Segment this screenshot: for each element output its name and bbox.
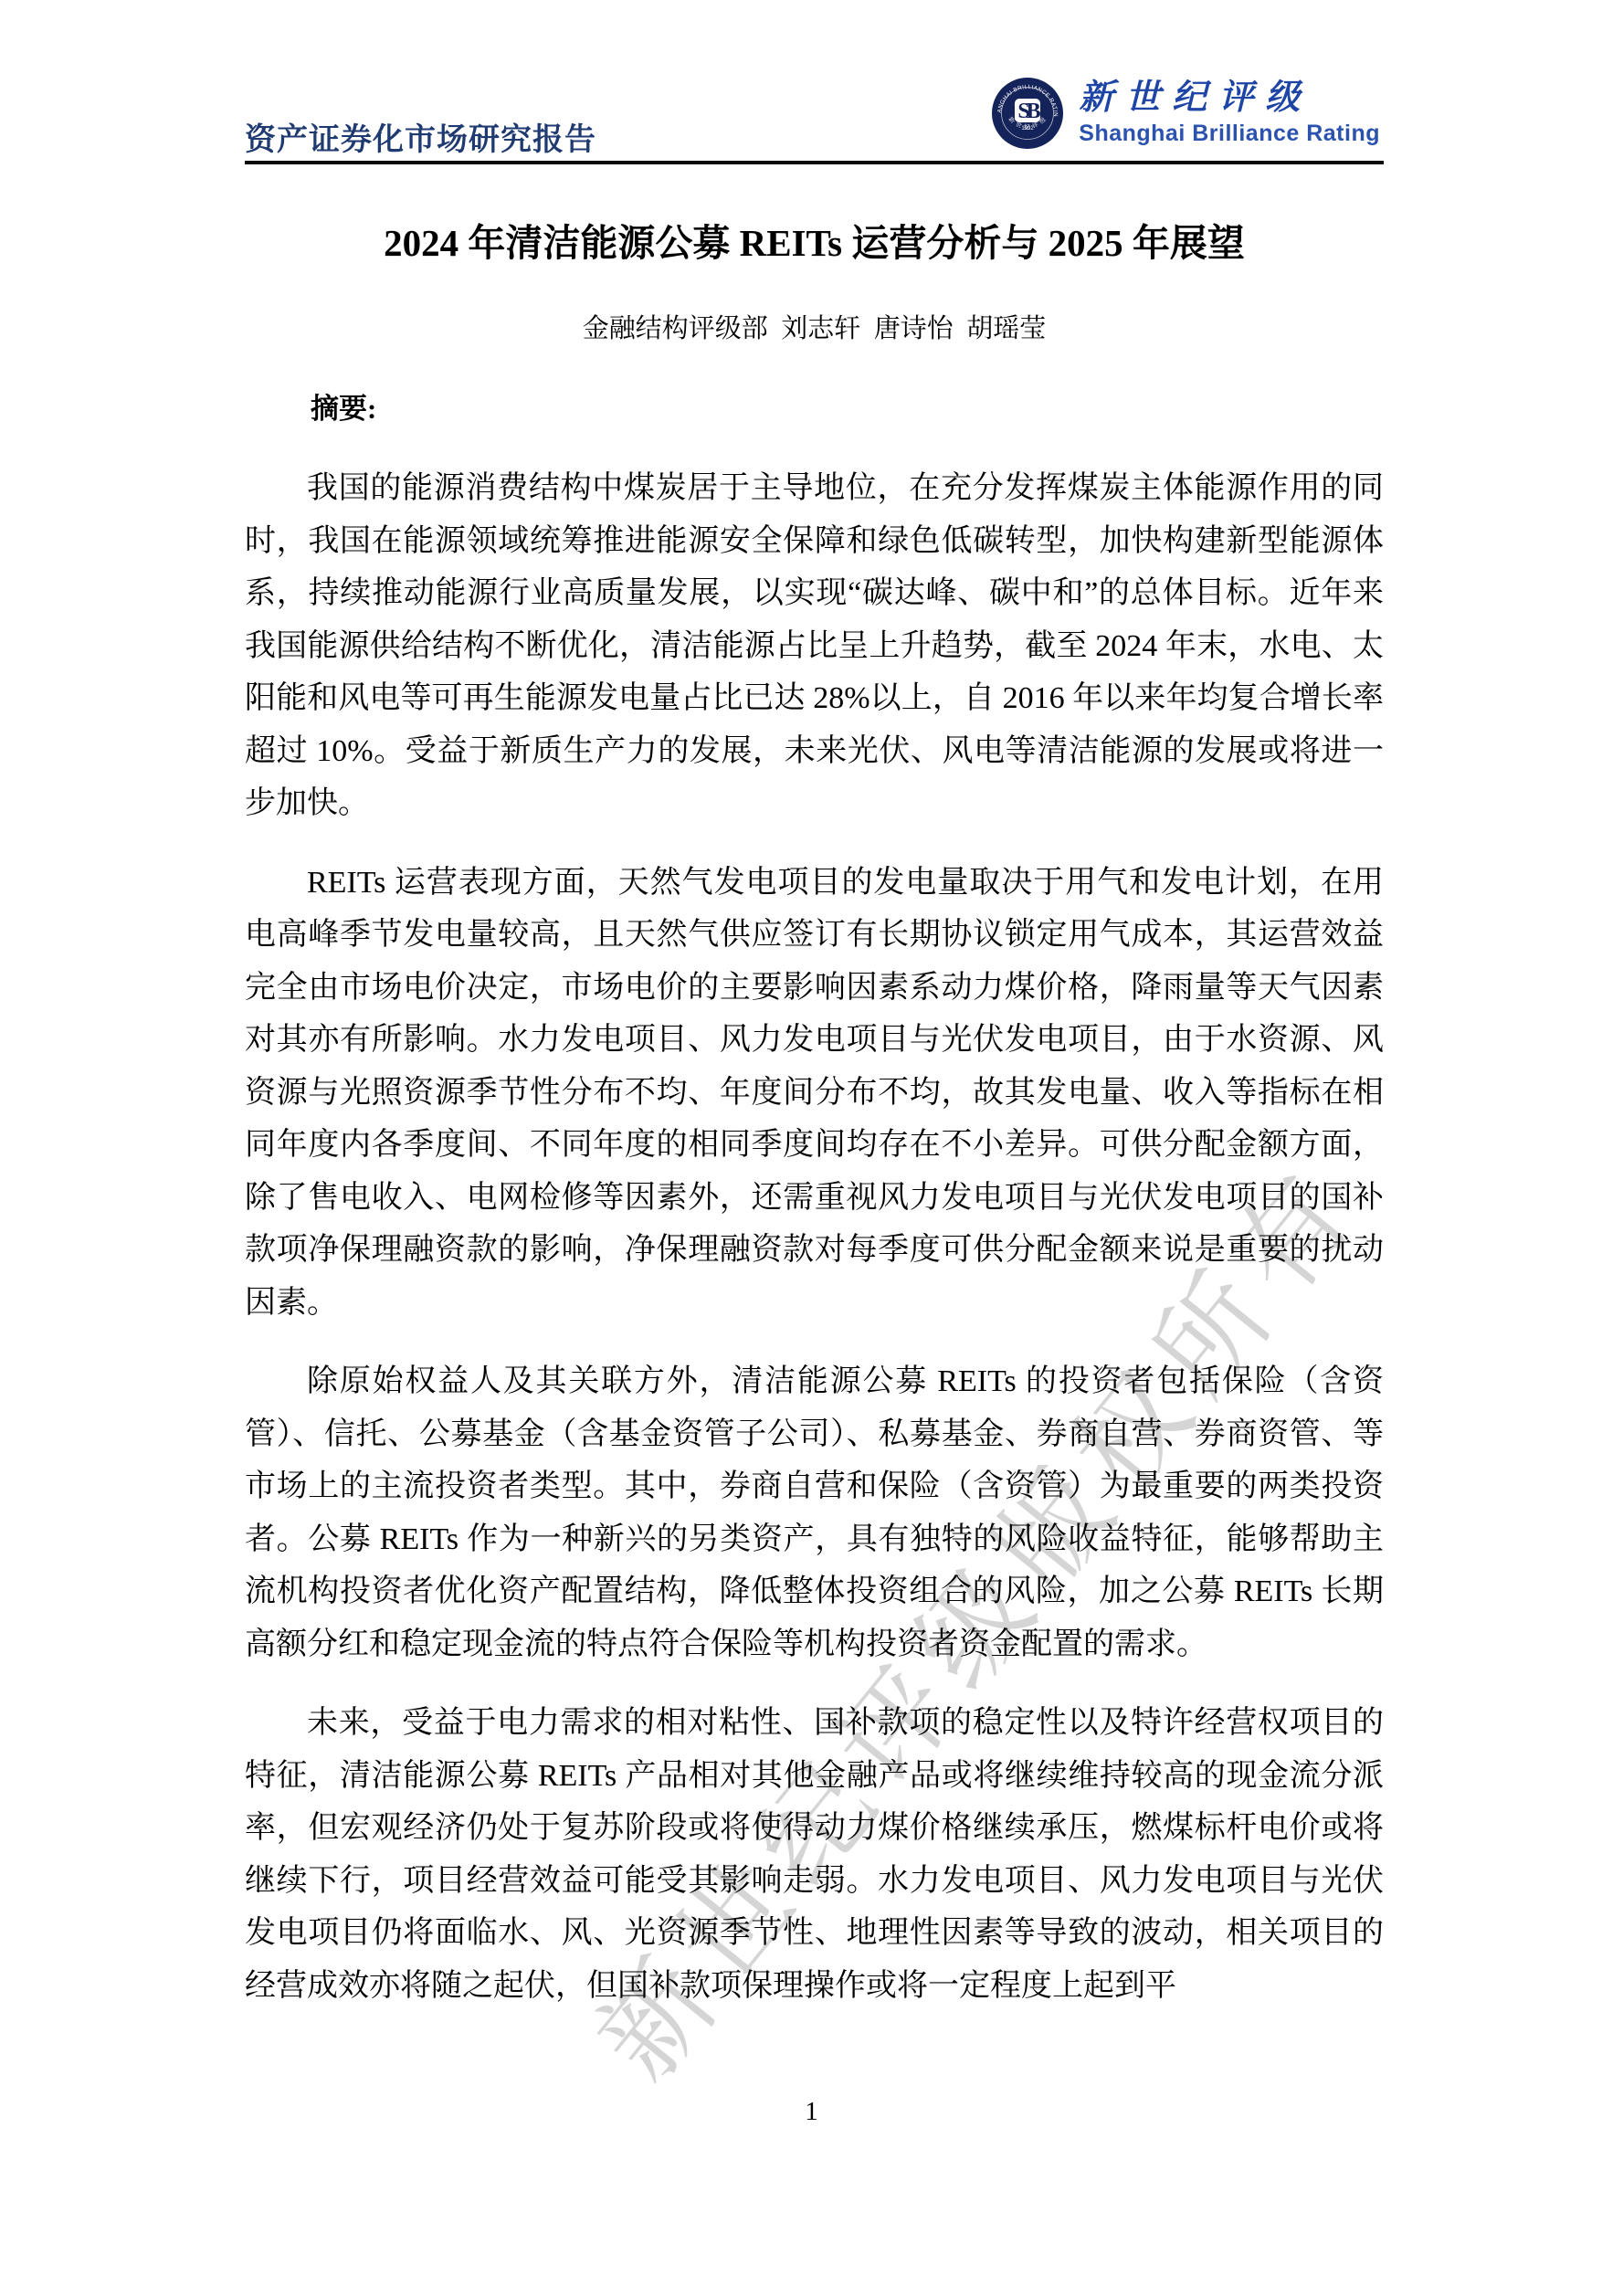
abstract-paragraph-4: 未来，受益于电力需求的相对粘性、国补款项的稳定性以及特许经营权项目的特征，清洁能… [245,1697,1384,2012]
page-number: 1 [0,2093,1623,2130]
page-title: 2024 年清洁能源公募 REITs 运营分析与 2025 年展望 [245,216,1384,270]
abstract-paragraph-3: 除原始权益人及其关联方外，清洁能源公募 REITs 的投资者包括保险（含资管）、… [245,1355,1384,1670]
abstract-label: 摘要: [245,387,1384,431]
byline: 金融结构评级部 刘志轩 唐诗怡 胡瑶莹 [245,309,1384,349]
document-body: 2024 年清洁能源公募 REITs 运营分析与 2025 年展望 金融结构评级… [0,0,1623,2012]
report-page: 新世纪评级版权所有 资产证券化市场研究报告 SHANGHAI BRILLIANC… [0,0,1623,2296]
abstract-paragraph-2: REITs 运营表现方面，天然气发电项目的发电量取决于用气和发电计划，在用电高峰… [245,857,1384,1330]
abstract-paragraph-1: 我国的能源消费结构中煤炭居于主导地位，在充分发挥煤炭主体能源作用的同时，我国在能… [245,462,1384,830]
